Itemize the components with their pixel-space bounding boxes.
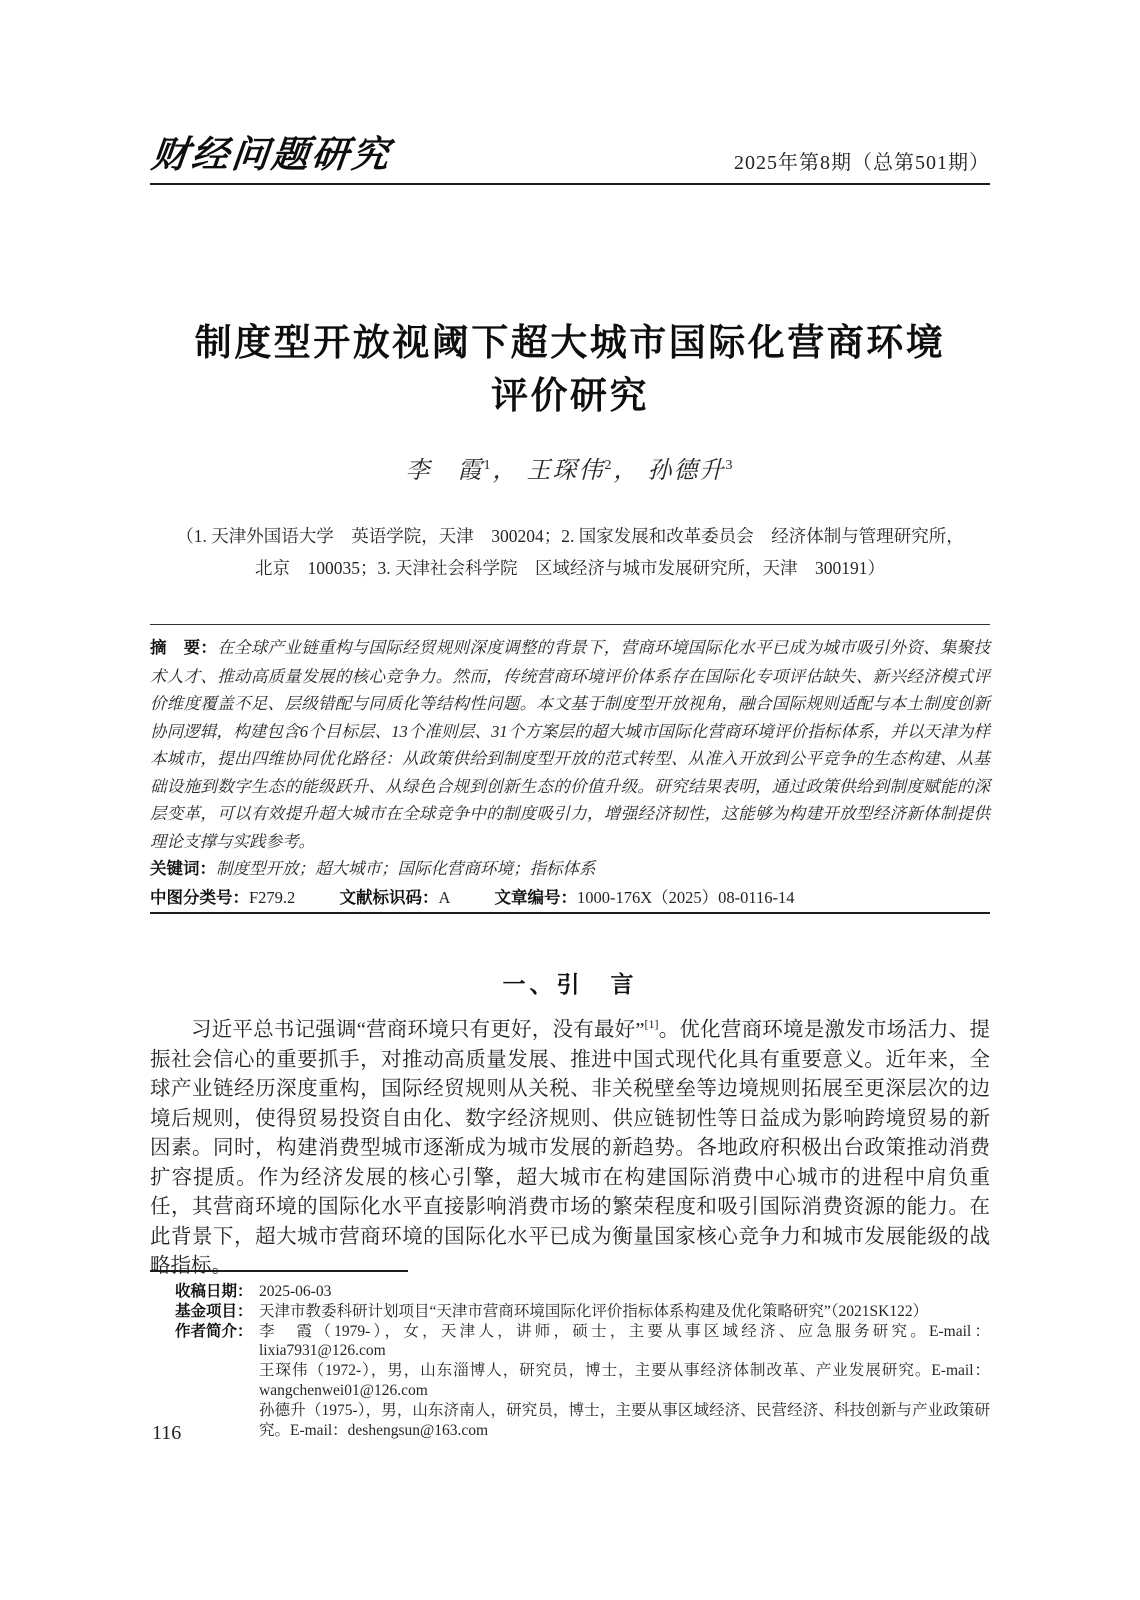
affiliation-line1: （1. 天津外国语大学 英语学院，天津 300204；2. 国家发展和改革委员会…	[150, 520, 990, 552]
citation-superscript: [1]	[645, 1017, 659, 1031]
author: 孙德升3	[648, 458, 735, 484]
funding-label: 基金项目：	[175, 1302, 259, 1322]
authors-line: 李 霞1， 王琛伟2， 孙德升3	[150, 450, 990, 485]
affiliation: （1. 天津外国语大学 英语学院，天津 300204；2. 国家发展和改革委员会…	[150, 520, 990, 584]
doc-code-label: 文献标识码：	[339, 889, 438, 907]
author-bio: 王琛伟（1972-），男，山东淄博人，研究员，博士，主要从事经济体制改革、产业发…	[259, 1361, 990, 1401]
author: 王琛伟2，	[527, 458, 640, 484]
article-id-item: 文章编号：1000-176X（2025）08-0116-14	[494, 888, 794, 907]
author-name: 李 霞	[406, 458, 484, 484]
footnotes: 收稿日期： 2025-06-03 基金项目： 天津市教委科研计划项目“天津市营商…	[175, 1282, 990, 1440]
clc-value: F279.2	[249, 888, 295, 907]
footnote-rule	[150, 1270, 408, 1272]
clc-item: 中图分类号：F279.2	[150, 888, 295, 907]
abstract-bottom-rule	[150, 912, 990, 914]
keywords-text: 制度型开放；超大城市；国际化营商环境；指标体系	[216, 859, 596, 878]
abstract-top-rule	[150, 624, 990, 625]
meta-line: 中图分类号：F279.2 文献标识码：A 文章编号：1000-176X（2025…	[150, 884, 990, 913]
header-rule	[150, 183, 990, 185]
keywords-label: 关键词：	[150, 860, 216, 878]
keywords-line: 关键词：制度型开放；超大城市；国际化营商环境；指标体系	[150, 855, 990, 884]
article-id-value: 1000-176X（2025）08-0116-14	[577, 888, 795, 907]
author: 李 霞1，	[406, 458, 519, 484]
funding-row: 基金项目： 天津市教委科研计划项目“天津市营商环境国际化评价指标体系构建及优化策…	[175, 1302, 990, 1322]
paragraph-text: 。优化营商环境是激发市场活力、提振社会信心的重要抓手，对推动高质量发展、推进中国…	[150, 1019, 990, 1277]
funding-value: 天津市教委科研计划项目“天津市营商环境国际化评价指标体系构建及优化策略研究”（2…	[259, 1302, 990, 1322]
author-superscript: 1	[484, 458, 493, 473]
article-title: 制度型开放视阈下超大城市国际化营商环境 评价研究	[150, 316, 990, 422]
author-separator: ，	[614, 458, 640, 484]
abstract-paragraph: 摘 要：在全球产业链重构与国际经贸规则深度调整的背景下，营商环境国际化水平已成为…	[150, 634, 990, 855]
doc-code-value: A	[438, 888, 450, 907]
affiliation-line2: 北京 100035；3. 天津社会科学院 区域经济与城市发展研究所，天津 300…	[150, 552, 990, 584]
author-bios: 李 霞（1979-），女，天津人，讲师，硕士，主要从事区域经济、应急服务研究。E…	[259, 1322, 990, 1441]
author-superscript: 2	[605, 458, 614, 473]
author-bio: 李 霞（1979-），女，天津人，讲师，硕士，主要从事区域经济、应急服务研究。E…	[259, 1322, 990, 1362]
abstract-label: 摘 要：	[150, 639, 217, 657]
abstract-text: 在全球产业链重构与国际经贸规则深度调整的背景下，营商环境国际化水平已成为城市吸引…	[150, 638, 990, 851]
abstract-block: 摘 要：在全球产业链重构与国际经贸规则深度调整的背景下，营商环境国际化水平已成为…	[150, 634, 990, 912]
author-name: 王琛伟	[527, 458, 605, 484]
author-separator: ，	[493, 458, 519, 484]
author-bio-label: 作者简介：	[175, 1322, 259, 1342]
received-date-row: 收稿日期： 2025-06-03	[175, 1282, 990, 1302]
received-date-value: 2025-06-03	[259, 1282, 990, 1302]
received-date-label: 收稿日期：	[175, 1282, 259, 1302]
issue-info: 2025年第8期（总第501期）	[150, 146, 990, 175]
section-heading-introduction: 一、引 言	[150, 966, 990, 999]
doc-code-item: 文献标识码：A	[339, 888, 450, 907]
paragraph-text: 习近平总书记强调“营商环境只有更好，没有最好”	[191, 1019, 645, 1041]
article-title-line1: 制度型开放视阈下超大城市国际化营商环境	[150, 316, 990, 369]
page-number: 116	[152, 1422, 181, 1445]
author-name: 孙德升	[648, 458, 726, 484]
article-title-line2: 评价研究	[150, 369, 990, 422]
article-id-label: 文章编号：	[494, 889, 577, 907]
author-bio-row: 作者简介： 李 霞（1979-），女，天津人，讲师，硕士，主要从事区域经济、应急…	[175, 1322, 990, 1441]
author-bio: 孙德升（1975-），男，山东济南人，研究员，博士，主要从事区域经济、民营经济、…	[259, 1401, 990, 1441]
clc-label: 中图分类号：	[150, 889, 249, 907]
introduction-paragraph: 习近平总书记强调“营商环境只有更好，没有最好”[1]。优化营商环境是激发市场活力…	[150, 1016, 990, 1282]
author-superscript: 3	[726, 458, 735, 473]
paper-page: 财经问题研究 2025年第8期（总第501期） 制度型开放视阈下超大城市国际化营…	[0, 0, 1140, 1600]
